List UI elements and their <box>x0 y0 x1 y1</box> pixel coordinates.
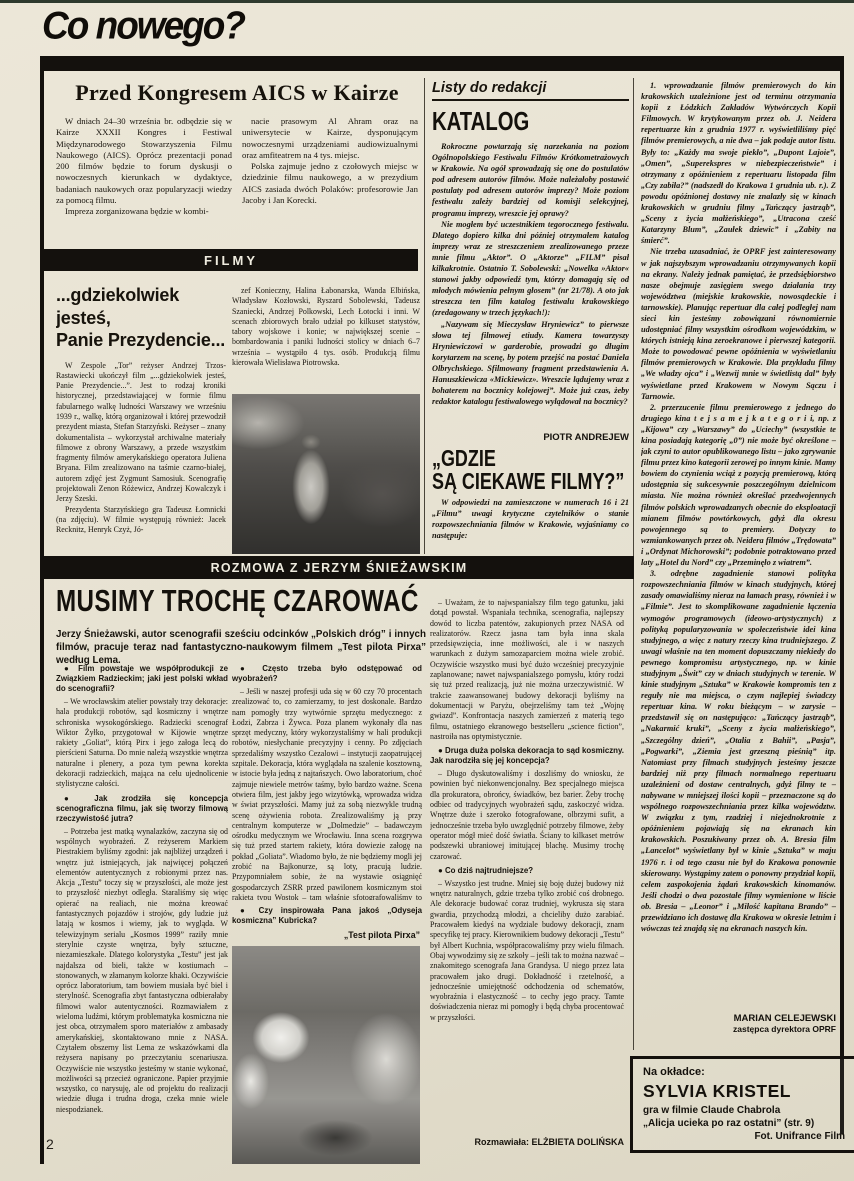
paragraph: ● Jak zrodziła się koncepcja scenografic… <box>56 794 228 824</box>
paragraph: nacie prasowym Al Ahram oraz na uniwersy… <box>242 116 418 161</box>
paragraph: – Jeśli w naszej profesji uda się w 60 c… <box>232 687 422 900</box>
gdzie-title: „GDZIE SĄ CIEKAWE FILMY?” <box>432 448 629 494</box>
reply-signature-name: MARIAN CELEJEWSKI <box>641 1013 836 1024</box>
paragraph: ● Często trzeba było odstępować od wyobr… <box>232 664 422 684</box>
paragraph: ● Co dziś najtrudniejsze? <box>430 866 624 876</box>
column-divider-left <box>424 78 425 554</box>
president-article: ...gdziekolwiek jesteś, Panie Prezydenci… <box>56 284 226 552</box>
reply-signature: MARIAN CELEJEWSKI zastępca dyrektora OPR… <box>641 1013 836 1035</box>
paragraph: W odpowiedzi na zamieszczone w numerach … <box>432 497 629 541</box>
paragraph: – Potrzeba jest matką wynalazków, zaczyn… <box>56 827 228 1115</box>
filmy-section-bar: FILMY <box>44 249 418 271</box>
cover-film-line1: gra w filmie Claude Chabrola <box>643 1104 845 1117</box>
paragraph: W dniach 24–30 września br. odbędzie się… <box>56 116 232 206</box>
paragraph: – Długo dyskutowaliśmy i doszliśmy do wn… <box>430 769 624 862</box>
pirx-photo-caption: „Test pilota Pirxa” <box>232 930 420 940</box>
reply-signature-title: zastępca dyrektora OPRF <box>641 1024 836 1035</box>
cover-label: Na okładce: <box>643 1066 845 1078</box>
katalog-signature: PIOTR ANDREJEW <box>432 432 629 443</box>
congress-col2: nacie prasowym Al Ahram oraz na uniwersy… <box>242 116 418 218</box>
paragraph: zef Konieczny, Halina Łabonarska, Wanda … <box>232 286 420 368</box>
congress-title: Przed Kongresem AICS w Kairze <box>56 80 418 106</box>
congress-columns: W dniach 24–30 września br. odbędzie się… <box>56 116 418 218</box>
paragraph: Impreza zorganizowana będzie w kombi- <box>56 206 232 217</box>
cover-film-line2: „Alicja ucieka po raz ostatni” (str. 9) <box>643 1117 845 1130</box>
paragraph: – We wrocławskim atelier powstały trzy d… <box>56 697 228 790</box>
interview-closing: Rozmawiała: ELŻBIETA DOLIŃSKA <box>430 1137 624 1147</box>
president-title: ...gdziekolwiek jesteś, Panie Prezydenci… <box>56 284 226 352</box>
oprf-reply-letter: 1. wprowadzanie filmów premierowych do k… <box>641 80 836 1012</box>
gdzie-intro: W odpowiedzi na zamieszczone w numerach … <box>432 497 629 549</box>
paragraph: Nie mogłem być uczestnikiem tegorocznego… <box>432 219 629 319</box>
paragraph: 3. odrębne zagadnienie stanowi polityka … <box>641 568 836 934</box>
katalog-body: Rokroczne powtarzają się narzekania na p… <box>432 141 629 407</box>
paragraph: Polska zajmuje jedno z czołowych miejsc … <box>242 161 418 206</box>
paragraph: ● Film powstaje we współprodukcji ze Zwi… <box>56 664 228 694</box>
congress-col1: W dniach 24–30 września br. odbędzie się… <box>56 116 232 218</box>
frame-left-border <box>40 56 44 1164</box>
cover-note-box: Na okładce: SYLVIA KRISTEL gra w filmie … <box>630 1056 854 1153</box>
top-rule <box>0 0 854 3</box>
paragraph: – Wszystko jest trudne. Mniej się boję d… <box>430 879 624 1023</box>
filmy-bar-label: FILMY <box>204 253 258 268</box>
paragraph: ● Druga duża polska dekoracja to sąd kos… <box>430 746 624 766</box>
frame-right-border <box>840 56 844 1134</box>
paragraph: 2. przerzucenie filmu premierowego z jed… <box>641 402 836 568</box>
paragraph: Rokroczne powtarzają się narzekania na p… <box>432 141 629 219</box>
congress-article: Przed Kongresem AICS w Kairze W dniach 2… <box>56 80 418 248</box>
interview-kubrick-question: ● Czy inspirowała Pana jakoś „Odyseja ko… <box>232 902 422 929</box>
paragraph: – Uważam, że to najwspanialszy film tego… <box>430 598 624 742</box>
president-col2: zef Konieczny, Halina Łabonarska, Wanda … <box>232 286 420 390</box>
pirx-set-photo <box>232 946 420 1164</box>
letters-section: Listy do redakcji KATALOG Rokroczne powt… <box>432 80 629 432</box>
interview-bar-label: ROZMOWA Z JERZYM ŚNIEŻAWSKIM <box>211 561 468 575</box>
paragraph: 1. wprowadzanie filmów premierowych do k… <box>641 80 836 246</box>
paragraph: Prezydenta Starzyńskiego gra Tadeusz Łom… <box>56 505 226 536</box>
interview-col1: ● Film powstaje we współprodukcji ze Zwi… <box>56 660 228 1136</box>
interview-col3: – Uważam, że to najwspanialszy film tego… <box>430 598 624 1130</box>
page-number: 2 <box>46 1136 54 1152</box>
katalog-title: KATALOG <box>432 108 629 135</box>
paragraph: W Zespole „Tor” reżyser Andrzej Trzos-Ra… <box>56 361 226 505</box>
cover-actress-name: SYLVIA KRISTEL <box>643 1081 845 1102</box>
president-film-photo <box>232 394 420 554</box>
interview-col2: ● Często trzeba było odstępować od wyobr… <box>232 660 422 900</box>
letters-label: Listy do redakcji <box>432 80 629 101</box>
page-logo: Co nowego? <box>42 4 244 48</box>
cover-photo-credit: Fot. Unifrance Film <box>643 1131 845 1142</box>
frame-top-bar <box>40 56 844 71</box>
paragraph: Nie trzeba uzasadniać, że OPRF jest zain… <box>641 246 836 401</box>
paragraph: „Nazywam się Mieczysław Hryniewicz” to p… <box>432 319 629 408</box>
interview-section-bar: ROZMOWA Z JERZYM ŚNIEŻAWSKIM <box>44 556 634 579</box>
president-col1: W Zespole „Tor” reżyser Andrzej Trzos-Ra… <box>56 361 226 536</box>
